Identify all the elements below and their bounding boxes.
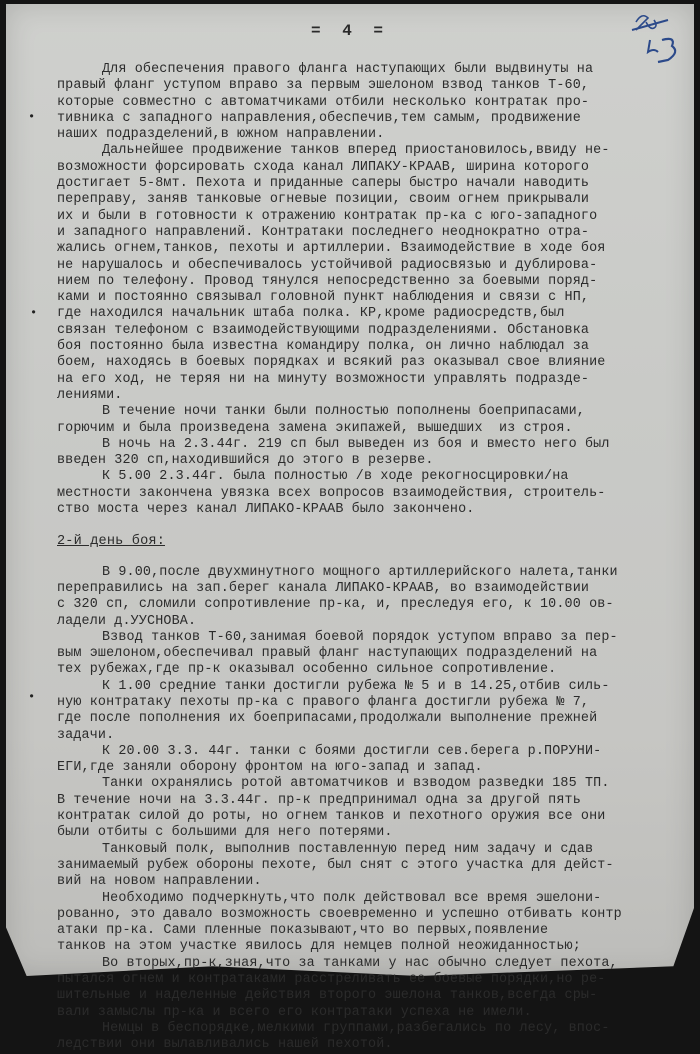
text-line: вий на новом направлении. [57,874,697,890]
paragraph: Дальнейшее продвижение танков вперед при… [57,143,697,404]
text-line: ную контратаку пехоты пр-ка с правого фл… [57,695,697,711]
paragraph: Для обеспечения правого фланга наступающ… [57,62,697,143]
text-line: атаки пр-ка. Сами пленные показывают,что… [57,923,697,939]
text-line: на его ход, не теряя ни на минуту возмож… [57,372,697,388]
text-line: ками и постоянно связывал головной пункт… [57,290,697,306]
text-line: Взвод танков Т-60,занимая боевой порядок… [57,630,697,646]
text-line: их и были в готовности к отражению контр… [57,209,697,225]
text-line: К 5.00 2.3.44г. была полностью /в ходе р… [57,469,697,485]
text-line: В 9.00,после двухминутного мощного артил… [57,565,697,581]
text-line: которые совместно с автоматчиками отбили… [57,95,697,111]
text-line: правый фланг уступом вправо за первым эш… [57,78,697,94]
day2-section: В 9.00,после двухминутного мощного артил… [57,565,697,984]
text-line: где находился начальник штаба полка. КР,… [57,306,697,322]
text-line: наших подразделений,в южном направлении. [57,127,697,143]
text-line: ладели д.УУСНОВА. [57,614,697,630]
text-line: были отбиты с большими для него потерями… [57,825,697,841]
text-line: тех рубежах,где пр-к оказывал особенно с… [57,662,697,678]
text-line: где после пополнения их боеприпасами,про… [57,711,697,727]
paragraph: Танки охранялись ротой автоматчиков и вз… [57,776,697,841]
text-line: Танки охранялись ротой автоматчиков и вз… [57,776,697,792]
text-line: переправились на зап.берег канала ЛИПАКО… [57,581,697,597]
section-heading-day2: 2-й день боя: [57,534,697,550]
text-line: вым эшелоном,обеспечивал правый фланг на… [57,646,697,662]
text-line: лениями. [57,388,697,404]
text-line: рованно, это давало возможность своеврем… [57,907,697,923]
margin-punch-mark: • [28,110,35,124]
text-line: В течение ночи танки были полностью попо… [57,404,697,420]
text-line: пытался огнем и контратаками расстрелива… [57,972,697,984]
text-line: возможности форсировать схода канал ЛИПА… [57,160,697,176]
paragraph: К 20.00 3.3. 44г. танки с боями достигли… [57,744,697,777]
text-line: нием по телефону. Провод тянулся непосре… [57,274,697,290]
paragraph: К 5.00 2.3.44г. была полностью /в ходе р… [57,469,697,518]
margin-punch-mark: • [30,306,37,320]
day1-section: Для обеспечения правого фланга наступающ… [57,62,697,518]
text-line: Для обеспечения правого фланга наступающ… [57,62,697,78]
text-line: Необходимо подчеркнуть,что полк действов… [57,891,697,907]
text-line: Во вторых,пр-к,зная,что за танками у нас… [57,956,697,972]
paragraph: Необходимо подчеркнуть,что полк действов… [57,891,697,956]
text-line: достигает 5-8мт. Пехота и приданные сапе… [57,176,697,192]
text-line: К 20.00 3.3. 44г. танки с боями достигли… [57,744,697,760]
text-line: контратак силой до роты, но огнем танков… [57,809,697,825]
text-line: ЕГИ,где заняли оборону фронтом на юго-за… [57,760,697,776]
text-line: связан телефоном с взаимодействующими по… [57,323,697,339]
text-line: задачи. [57,728,697,744]
text-line: К 1.00 средние танки достигли рубежа № 5… [57,679,697,695]
text-line: переправу, заняв танковые огневые позици… [57,192,697,208]
paragraph: Взвод танков Т-60,занимая боевой порядок… [57,630,697,679]
text-line: местности закончена увязка всех вопросов… [57,486,697,502]
handwritten-archive-mark [628,8,688,64]
text-line: Дальнейшее продвижение танков вперед при… [57,143,697,159]
text-line: В ночь на 2.3.44г. 219 сп был выведен из… [57,437,697,453]
text-line: и западного направлений. Контратаки посл… [57,225,697,241]
text-line: В течение ночи на 3.3.44г. пр-к предприн… [57,793,697,809]
text-line: введен 320 сп,находившийся до этого в ре… [57,453,697,469]
text-line: не нарушалось и обеспечивалось устойчиво… [57,258,697,274]
text-line: боем, находясь в боевых порядках и всяки… [57,355,697,371]
text-line: горючим и была произведена замена экипаж… [57,421,697,437]
paragraph: Танковый полк, выполнив поставленную пер… [57,842,697,891]
text-line: тивника с западного направления,обеспечи… [57,111,697,127]
paragraph: К 1.00 средние танки достигли рубежа № 5… [57,679,697,744]
paragraph: Во вторых,пр-к,зная,что за танками у нас… [57,956,697,984]
text-line: Танковый полк, выполнив поставленную пер… [57,842,697,858]
text-line: боя постоянно была известна командиру по… [57,339,697,355]
paragraph: В течение ночи танки были полностью попо… [57,404,697,437]
text-line: ство моста через канал ЛИПАКО-КРААВ было… [57,502,697,518]
text-line: жались огнем,танков, пехоты и артиллерии… [57,241,697,257]
page-number: = 4 = [0,22,700,40]
document-body: Для обеспечения правого фланга наступающ… [57,62,697,984]
paragraph: В ночь на 2.3.44г. 219 сп был выведен из… [57,437,697,470]
text-line: с 320 сп, сломили сопротивление пр-ка, и… [57,597,697,613]
text-line: занимаемый рубеж обороны пехоте, был сня… [57,858,697,874]
paragraph: В 9.00,после двухминутного мощного артил… [57,565,697,630]
text-line: танков на этом участке явилось для немце… [57,939,697,955]
margin-punch-mark: • [28,690,35,704]
